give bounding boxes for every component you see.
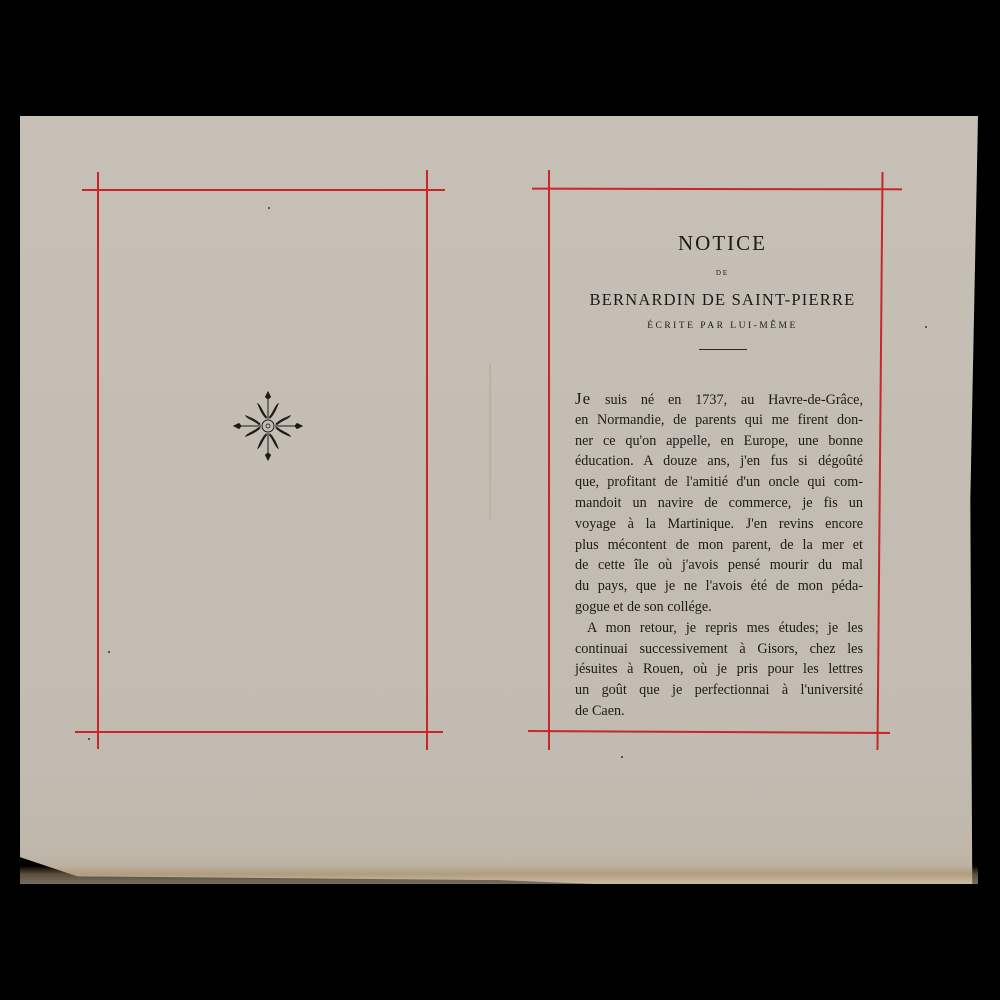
text-line: continuai successivement à Gisors, chez … — [575, 639, 863, 660]
paper-speck — [925, 326, 927, 328]
paper-speck — [108, 651, 110, 653]
text-line: de Caen. — [575, 701, 863, 722]
text-line: mandoit un navire de commerce, je fis un — [575, 493, 863, 514]
left-frame-top-rule — [82, 189, 445, 191]
text-line: un goût que je perfectionnai à l'univers… — [575, 680, 863, 701]
paragraph-1: Je suis né en 1737, au Havre-de-Grâce, e… — [575, 389, 863, 618]
text-line: A mon retour, je repris mes études; je l… — [575, 618, 863, 639]
deckled-bottom-edge — [20, 866, 978, 884]
text-line: éducation. A douze ans, j'en fus si dégo… — [575, 451, 863, 472]
text-line: voyage à la Martinique. J'en revins enco… — [575, 514, 863, 535]
page-title: NOTICE — [570, 230, 875, 256]
paper-speck — [268, 207, 270, 209]
left-frame-bottom-rule — [75, 731, 443, 733]
text-line: de cette île où j'avois pensé mourir du … — [575, 555, 863, 576]
binding-gutter-crease — [489, 363, 491, 519]
left-frame-left-rule — [97, 172, 99, 749]
dropcap: Je — [575, 389, 591, 408]
author-name: BERNARDIN DE SAINT-PIERRE — [570, 290, 875, 310]
paper-speck — [88, 738, 90, 740]
paper-speck — [621, 756, 623, 758]
text-line: Je suis né en 1737, au Havre-de-Grâce, — [575, 389, 863, 410]
subtitle: ÉCRITE PAR LUI-MÊME — [570, 320, 875, 332]
text-line: plus mécontent de mon parent, de la mer … — [575, 535, 863, 556]
text-line: jésuites à Rouen, où je pris pour les le… — [575, 659, 863, 680]
body-text: Je suis né en 1737, au Havre-de-Grâce, e… — [575, 389, 863, 722]
title-block: NOTICE DE BERNARDIN DE SAINT-PIERRE ÉCRI… — [570, 230, 875, 350]
text-line: que, profitant de l'amitié d'un oncle qu… — [575, 472, 863, 493]
text-line: gogue et de son collége. — [575, 597, 863, 618]
text-line: du pays, que je ne l'avois été de mon pé… — [575, 576, 863, 597]
fleuron-cross-icon — [232, 390, 304, 462]
title-connector: DE — [570, 268, 875, 278]
text-line: ner ce qu'on appelle, en Europe, une bon… — [575, 431, 863, 452]
text-line: en Normandie, de parents qui me firent d… — [575, 410, 863, 431]
left-frame-right-rule — [426, 170, 428, 750]
paragraph-2: A mon retour, je repris mes études; je l… — [575, 618, 863, 722]
title-divider — [699, 349, 747, 350]
right-frame-left-rule — [548, 170, 550, 750]
